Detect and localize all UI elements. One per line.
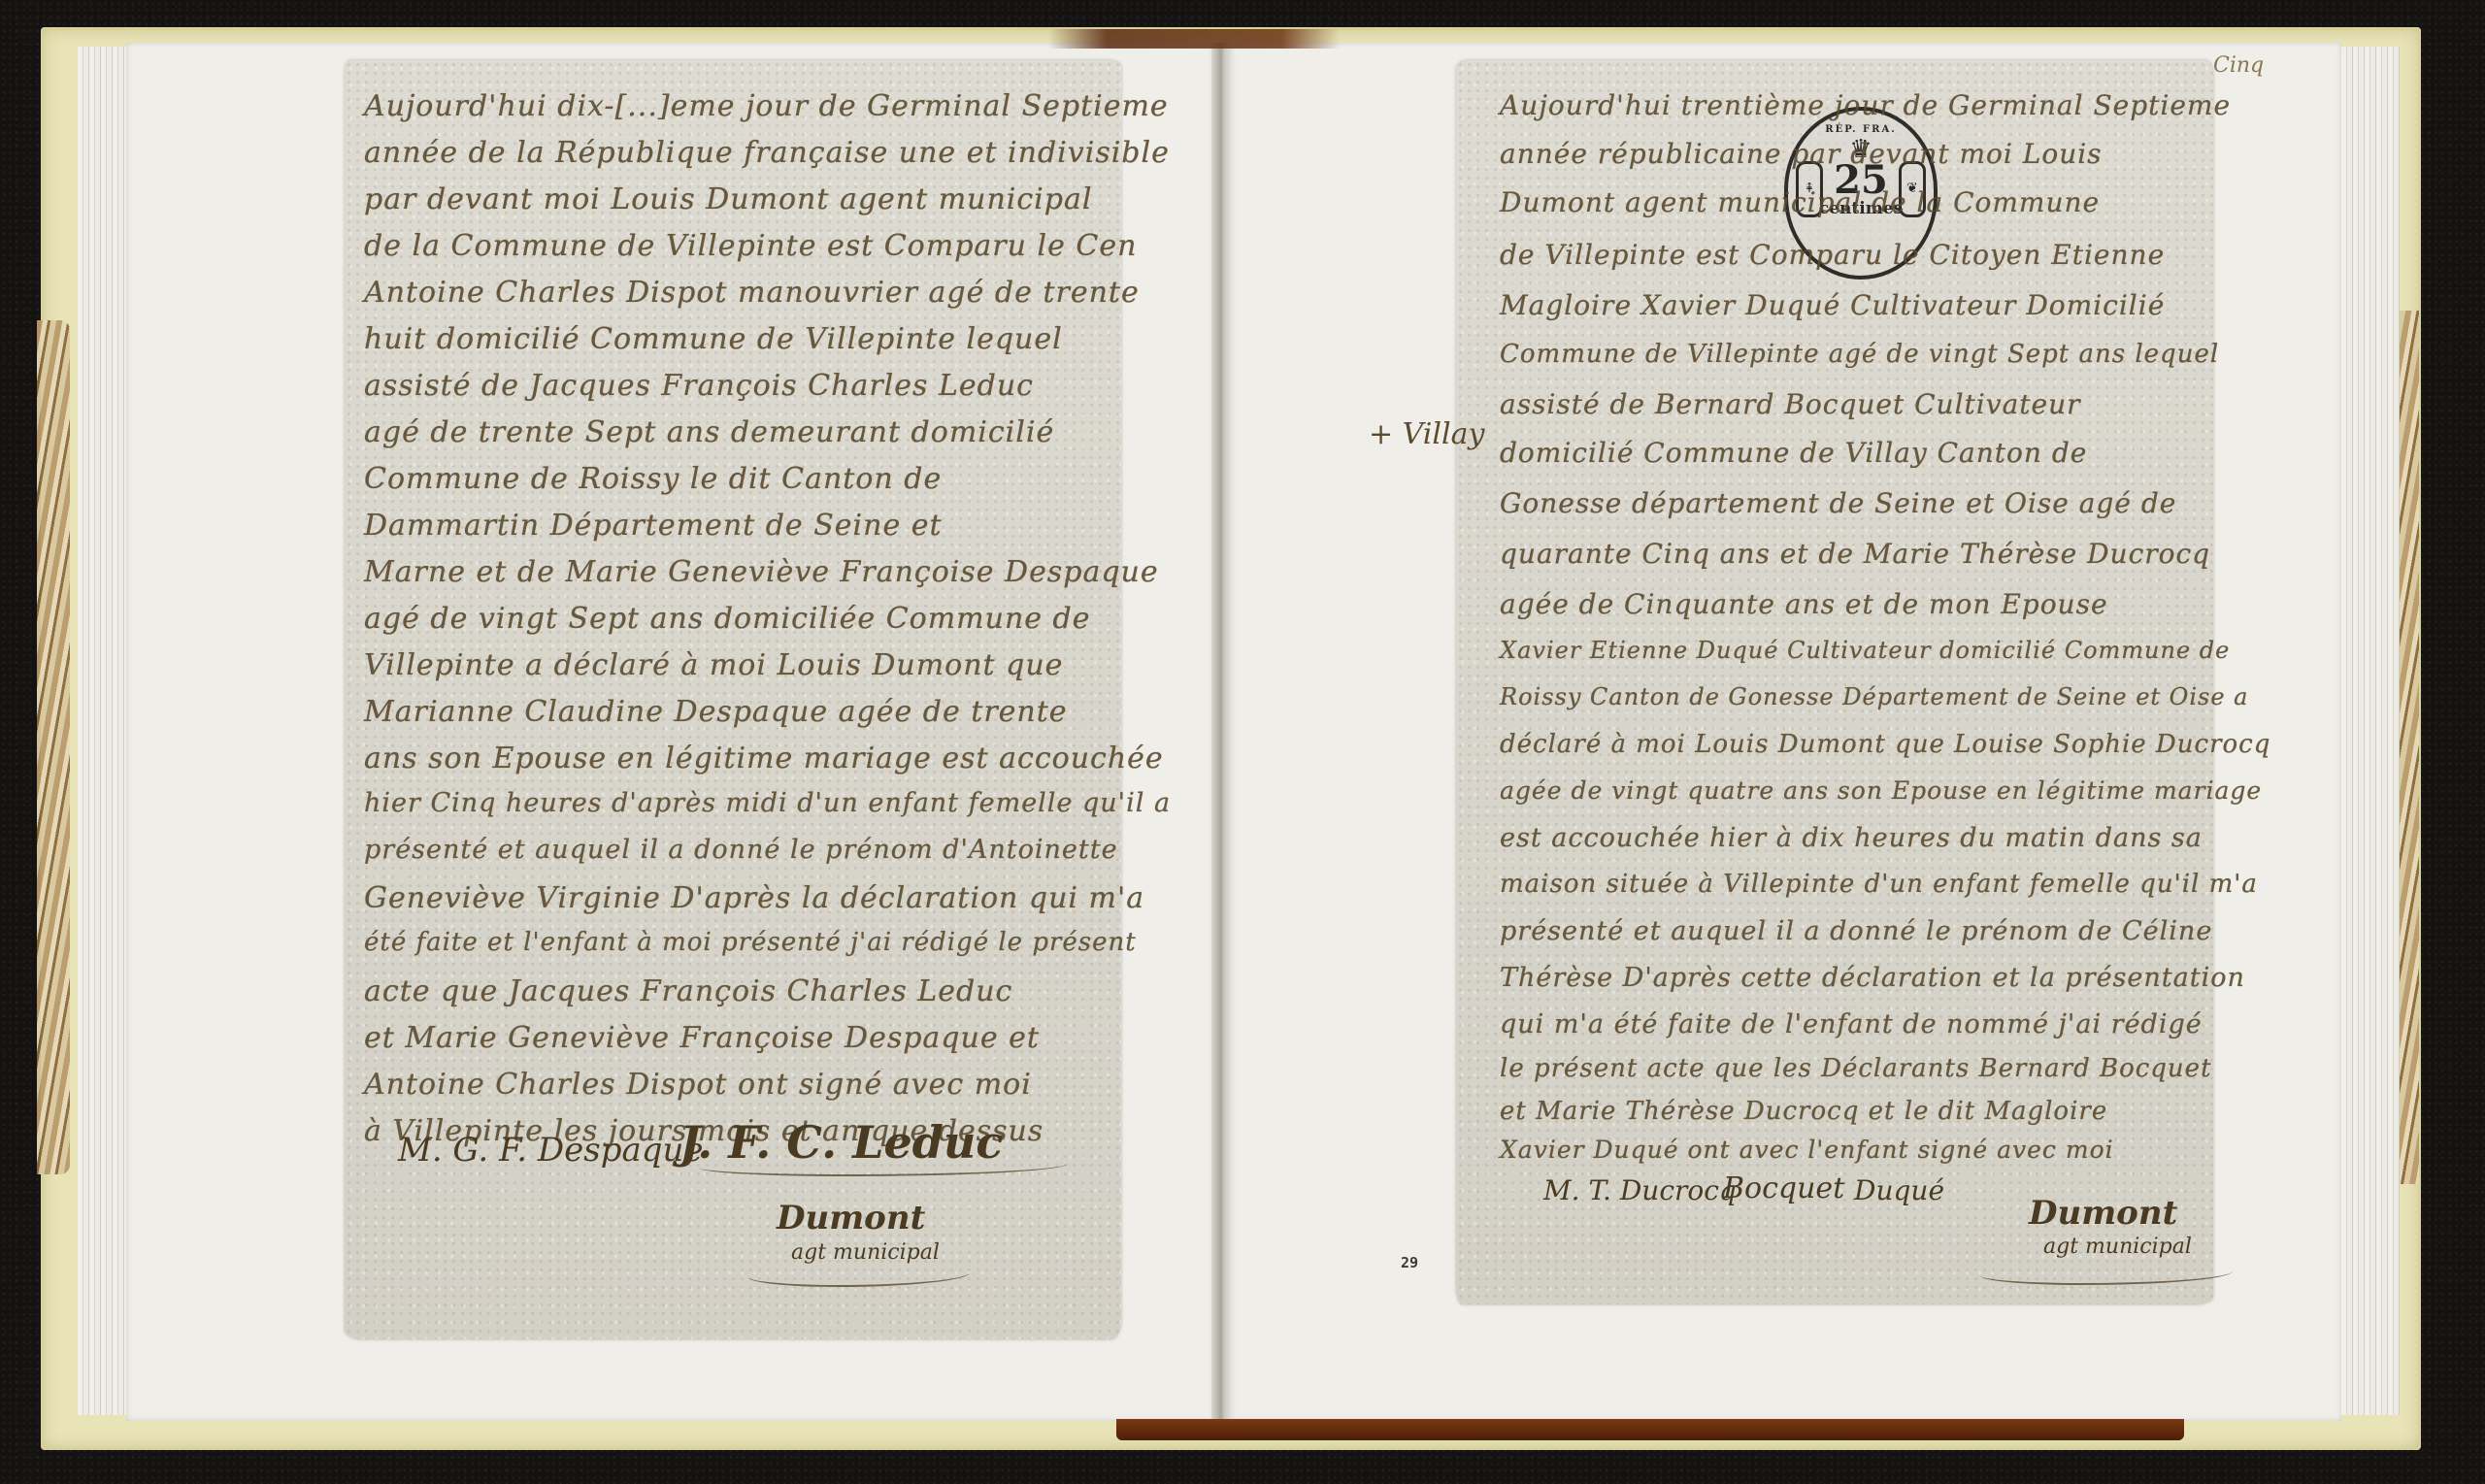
left-line: assisté de Jacques François Charles Ledu… xyxy=(364,369,1034,403)
left-line: ans son Epouse en légitime mariage est a… xyxy=(364,742,1164,775)
book-gutter xyxy=(1211,43,1233,1421)
left-line: acte que Jacques François Charles Leduc xyxy=(364,974,1012,1008)
left-line: et Marie Geneviève Françoise Despaque et xyxy=(364,1021,1040,1055)
right-line: maison située à Villepinte d'un enfant f… xyxy=(1500,870,2258,899)
right-line: assisté de Bernard Bocquet Cultivateur xyxy=(1500,388,2081,420)
corner-annotation: Cinq xyxy=(2213,53,2264,78)
right-line: année républicaine par devant moi Louis xyxy=(1500,138,2103,170)
right-line: Thérèse D'après cette déclaration et la … xyxy=(1500,963,2245,993)
page-edges-right xyxy=(2341,47,2400,1415)
signature-ducrocq-visible: M. T. Ducrocq xyxy=(1543,1174,1737,1206)
right-line: quarante Cinq ans et de Marie Thérèse Du… xyxy=(1500,538,2210,570)
left-line: agé de trente Sept ans demeurant domicil… xyxy=(364,415,1054,449)
marbled-board-left xyxy=(37,320,70,1174)
left-line: agé de vingt Sept ans domiciliée Commune… xyxy=(364,602,1091,636)
right-line: déclaré à moi Louis Dumont que Louise So… xyxy=(1500,730,2270,759)
left-line: été faite et l'enfant à moi présenté j'a… xyxy=(364,928,1137,957)
signature-despaque: M. G. F. Despaque xyxy=(398,1131,704,1170)
right-line: Gonesse département de Seine et Oise agé… xyxy=(1500,487,2176,519)
right-line: le présent acte que les Déclarants Berna… xyxy=(1500,1054,2212,1083)
signature-bocquet: Bocquet xyxy=(1723,1171,1844,1205)
spine-top-edge xyxy=(1048,29,1340,49)
left-line: année de la République française une et … xyxy=(364,136,1170,170)
left-line: Aujourd'hui dix-[...]eme jour de Germina… xyxy=(364,89,1169,123)
left-line: de la Commune de Villepinte est Comparu … xyxy=(364,229,1137,263)
left-line: par devant moi Louis Dumont agent munici… xyxy=(364,182,1092,216)
signature-dumont: Dumont xyxy=(2029,1194,2177,1233)
right-line: qui m'a été faite de l'enfant de nommé j… xyxy=(1500,1009,2203,1039)
margin-annotation: + Villay xyxy=(1369,417,1484,451)
folio-number: 29 xyxy=(1401,1254,1418,1271)
left-line: Marianne Claudine Despaque agée de trent… xyxy=(364,695,1068,729)
right-line: domicilié Commune de Villay Canton de xyxy=(1500,437,2087,469)
right-line: Xavier Duqué ont avec l'enfant signé ave… xyxy=(1500,1136,2114,1164)
signature-title: agt municipal xyxy=(2043,1235,2192,1259)
signature-duque: Duqué xyxy=(1854,1174,1944,1206)
right-line: Aujourd'hui trentième jour de Germinal S… xyxy=(1500,89,2231,121)
left-line: Antoine Charles Dispot manouvrier agé de… xyxy=(364,276,1140,310)
right-line: agée de vingt quatre ans son Epouse en l… xyxy=(1500,776,2262,805)
left-line: Marne et de Marie Geneviève Françoise De… xyxy=(364,555,1159,589)
left-line: Dammartin Département de Seine et xyxy=(364,509,943,543)
stamp-band-text: RÉP. FRA. xyxy=(1788,124,1934,135)
right-line: Roissy Canton de Gonesse Département de … xyxy=(1500,683,2248,710)
right-line: agée de Cinquante ans et de mon Epouse xyxy=(1500,588,2108,620)
right-line: est accouchée hier à dix heures du matin… xyxy=(1500,823,2203,853)
left-line: huit domicilié Commune de Villepinte leq… xyxy=(364,322,1063,356)
left-line: Villepinte a déclaré à moi Louis Dumont … xyxy=(364,648,1063,682)
right-line: Xavier Etienne Duqué Cultivateur domicil… xyxy=(1500,637,2230,664)
left-line: Commune de Roissy le dit Canton de xyxy=(364,462,942,496)
right-line: et Marie Thérèse Ducrocq et le dit Maglo… xyxy=(1500,1097,2107,1126)
left-line: hier Cinq heures d'après midi d'un enfan… xyxy=(364,788,1171,818)
signature-dumont: Dumont xyxy=(777,1199,925,1237)
right-line: présenté et auquel il a donné le prénom … xyxy=(1500,916,2212,946)
left-line: Geneviève Virginie D'après la déclaratio… xyxy=(364,881,1144,915)
right-line: de Villepinte est Comparu le Citoyen Eti… xyxy=(1500,239,2165,271)
right-line: Dumont agent municipal de la Commune xyxy=(1500,186,2100,218)
left-line: présenté et auquel il a donné le prénom … xyxy=(364,835,1118,865)
spine-bottom-edge xyxy=(1116,1419,2184,1440)
right-line: Commune de Villepinte agé de vingt Sept … xyxy=(1500,340,2219,369)
right-line: Magloire Xavier Duqué Cultivateur Domici… xyxy=(1500,289,2165,321)
left-line: Antoine Charles Dispot ont signé avec mo… xyxy=(364,1068,1032,1102)
